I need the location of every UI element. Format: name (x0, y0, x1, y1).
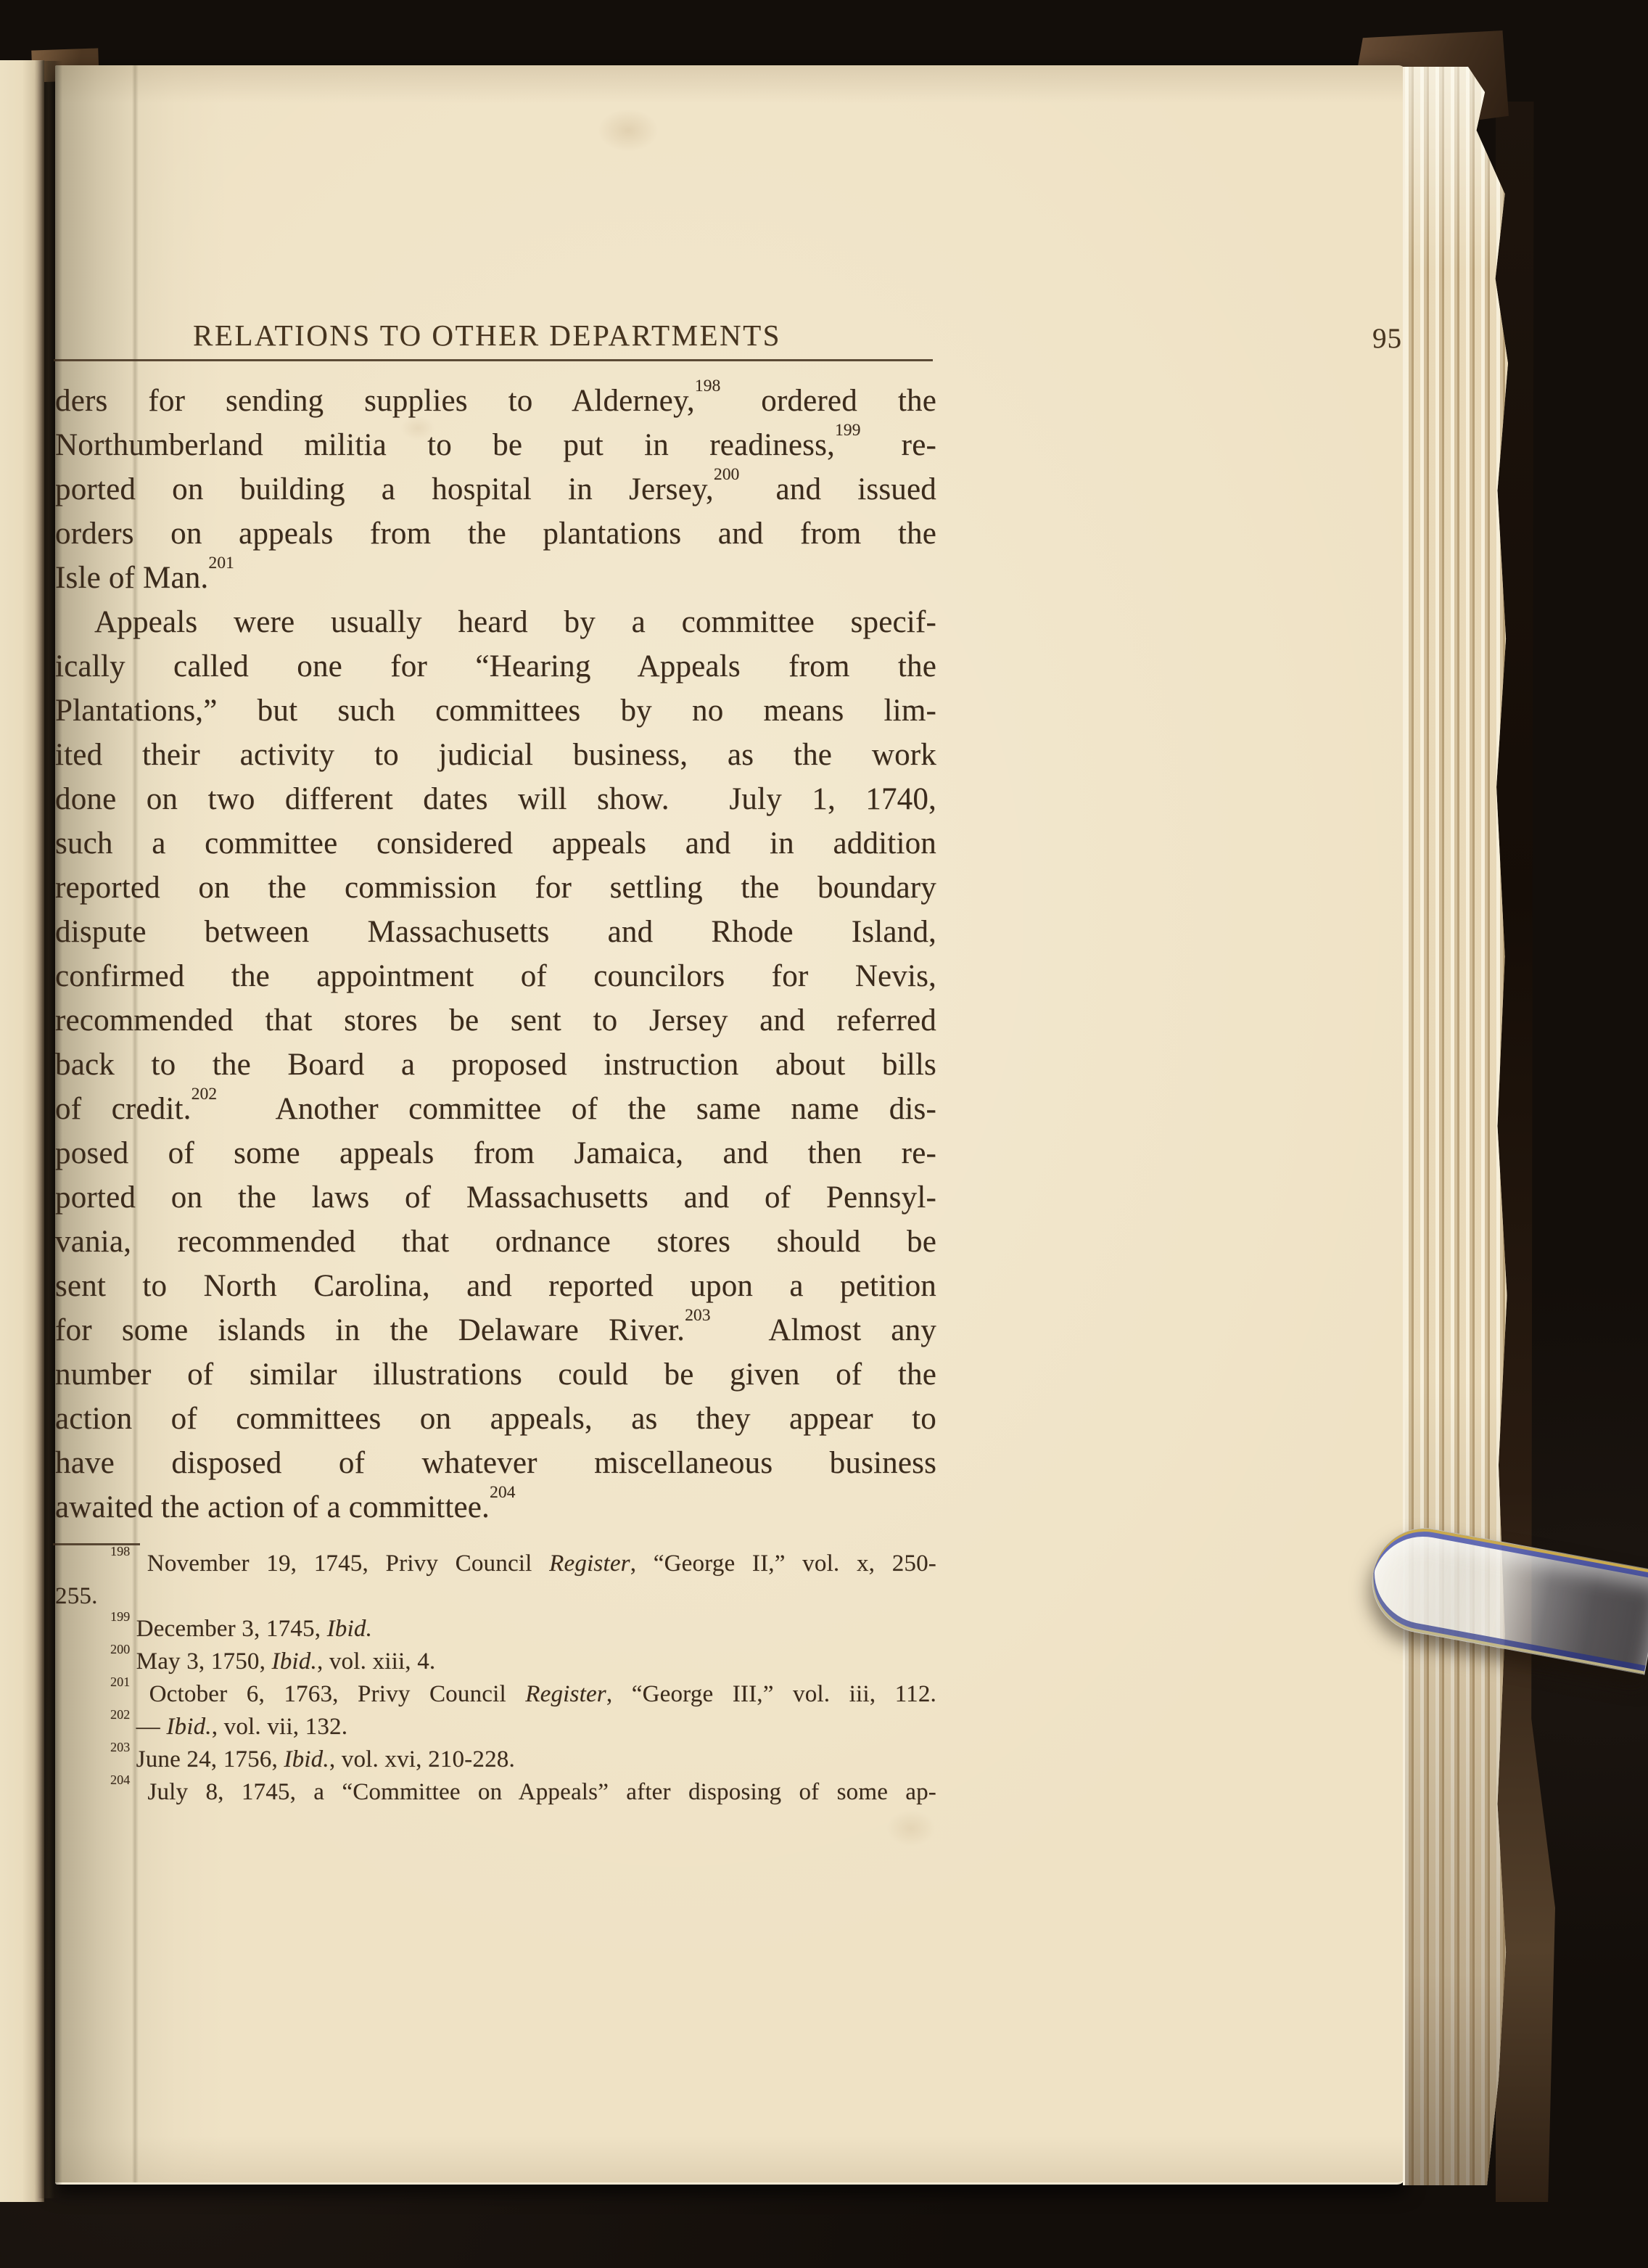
body-text-line: Appeals were usually heard by a committe… (55, 600, 936, 644)
body-text-line: back to the Board a proposed instruction… (55, 1043, 936, 1087)
body-text-line: number of similar illustrations could be… (55, 1352, 936, 1397)
footnote-line: 201 October 6, 1763, Privy Council Regis… (55, 1678, 936, 1711)
footnote-marker: 201 (110, 1675, 130, 1689)
body-text-line: Plantations,” but such committees by no … (55, 689, 936, 733)
footnote-marker: 200 (110, 1642, 130, 1656)
body-text-line: of credit.202 Another committee of the s… (55, 1087, 936, 1131)
footnote-marker: 199 (835, 421, 860, 440)
body-text-line: Isle of Man.201 (55, 556, 936, 600)
body-text-line: have disposed of whatever miscellaneous … (55, 1441, 936, 1485)
body-text-line: reported on the commission for settling … (55, 866, 936, 910)
body-text-line: ited their activity to judicial business… (55, 733, 936, 777)
body-text-line: posed of some appeals from Jamaica, and … (55, 1131, 936, 1175)
body-text-line: dispute between Massachusetts and Rhode … (55, 910, 936, 954)
footnote-line: 200 May 3, 1750, Ibid., vol. xiii, 4. (55, 1645, 936, 1678)
footnote-marker: 199 (110, 1609, 130, 1624)
page-stack-edge (1403, 67, 1508, 2185)
footnote-line: 203 June 24, 1756, Ibid., vol. xvi, 210-… (55, 1743, 936, 1776)
footnote-marker: 204 (490, 1483, 515, 1502)
footnote-line: 199 December 3, 1745, Ibid. (55, 1613, 936, 1645)
header-rule (54, 359, 933, 361)
body-text-line: confirmed the appointment of councilors … (55, 954, 936, 998)
footnote-marker: 202 (191, 1085, 217, 1104)
body-text-line: ically called one for “Hearing Appeals f… (55, 644, 936, 689)
body-text-line: ported on building a hospital in Jersey,… (55, 467, 936, 511)
footnote-line: 202 — Ibid., vol. vii, 132. (55, 1711, 936, 1743)
italic-text: Register (549, 1550, 630, 1577)
footnote-marker: 203 (685, 1306, 710, 1325)
body-text-line: action of committees on appeals, as they… (55, 1397, 936, 1441)
book-cover-right-edge (1496, 102, 1555, 2202)
body-text-line: ders for sending supplies to Alderney,19… (55, 379, 936, 423)
body-text-line: awaited the action of a committee.204 (55, 1485, 936, 1529)
italic-text: Ibid. (166, 1714, 211, 1740)
body-text-line: recommended that stores be sent to Jerse… (55, 998, 936, 1043)
body-text-line: Northumberland militia to be put in read… (55, 423, 936, 467)
running-header: RELATIONS TO OTHER DEPARTMENTS (55, 319, 936, 351)
italic-text: Ibid. (327, 1616, 372, 1642)
italic-text: Register (525, 1681, 606, 1707)
body-text-line: orders on appeals from the plantations a… (55, 511, 936, 556)
footnote-marker: 203 (110, 1740, 130, 1754)
body-text-line: such a committee considered appeals and … (55, 821, 936, 866)
body-text-line: sent to North Carolina, and reported upo… (55, 1264, 936, 1308)
header-title: RELATIONS TO OTHER DEPARTMENTS (193, 319, 781, 352)
body-text: ders for sending supplies to Alderney,19… (55, 379, 936, 1529)
body-text-line: ported on the laws of Massachusetts and … (55, 1175, 936, 1220)
body-text-line: vania, recommended that ordnance stores … (55, 1220, 936, 1264)
italic-text: Ibid. (272, 1648, 317, 1675)
footnote-marker: 202 (110, 1707, 130, 1722)
italic-text: Ibid. (284, 1746, 329, 1772)
book-gutter-shadow (38, 61, 62, 2198)
footnote-line: 198 November 19, 1745, Privy Council Reg… (55, 1548, 936, 1580)
page-text-block: RELATIONS TO OTHER DEPARTMENTS 95 ders f… (55, 65, 936, 2182)
body-text-line: done on two different dates will show. J… (55, 777, 936, 821)
body-text-line: for some islands in the Delaware River.2… (55, 1308, 936, 1352)
book-page: RELATIONS TO OTHER DEPARTMENTS 95 ders f… (55, 65, 1406, 2185)
footnote-marker: 198 (110, 1544, 130, 1558)
footnotes: 198 November 19, 1745, Privy Council Reg… (55, 1548, 936, 1809)
page-number: 95 (1372, 322, 1402, 355)
footnote-marker: 200 (714, 465, 739, 484)
footnote-line: 204 July 8, 1745, a “Committee on Appeal… (55, 1776, 936, 1809)
footnote-marker: 204 (110, 1772, 130, 1787)
footnote-marker: 198 (695, 377, 720, 395)
footnote-marker: 201 (208, 554, 234, 572)
footnote-line: 255. (55, 1580, 936, 1613)
photo-scene: RELATIONS TO OTHER DEPARTMENTS 95 ders f… (0, 0, 1648, 2268)
